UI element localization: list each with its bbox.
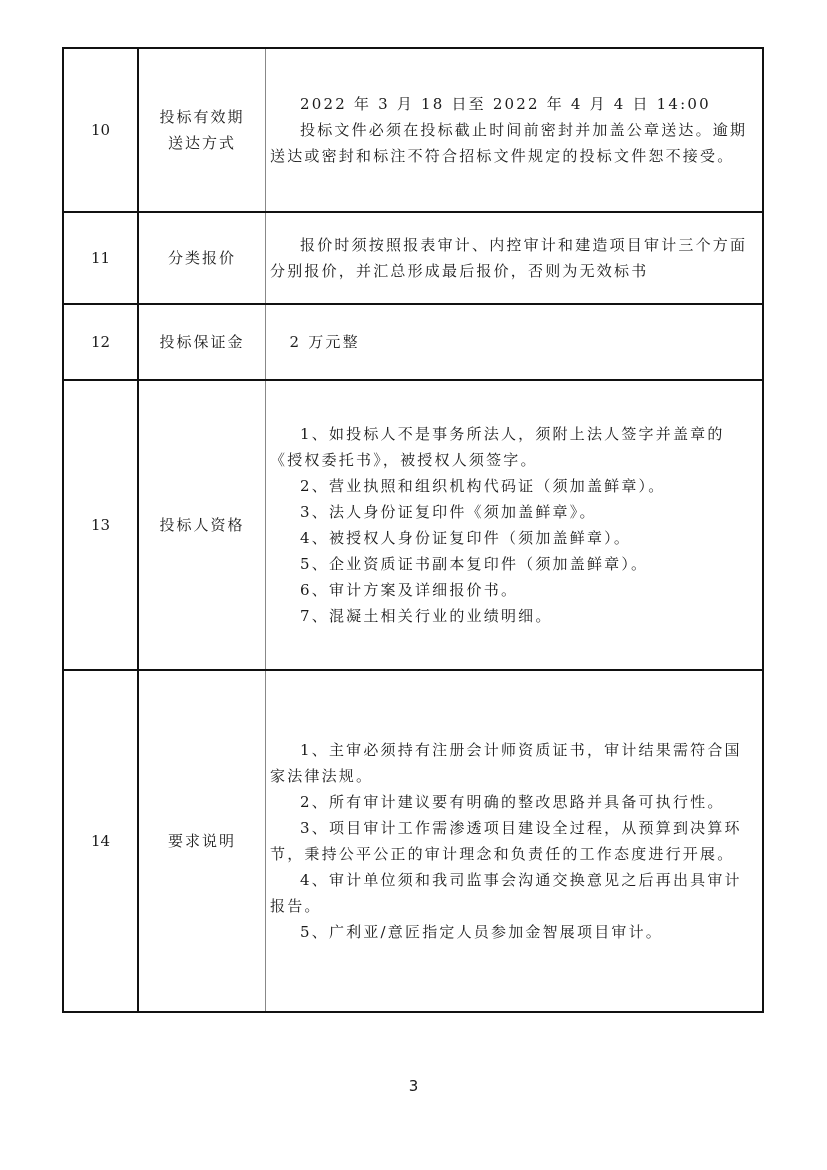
table-row: 14 要求说明 1、主审必须持有注册会计师资质证书，审计结果需符合国家法律法规。… [64,669,762,1011]
content-paragraph: 7、混凝土相关行业的业绩明细。 [270,603,758,629]
content-paragraph: 4、被授权人身份证复印件（须加盖鲜章）。 [270,525,758,551]
content-paragraph: 2、所有审计建议要有明确的整改思路并具备可执行性。 [270,789,758,815]
content-paragraph: 3、项目审计工作需渗透项目建设全过程，从预算到决算环节，秉持公平公正的审计理念和… [270,815,758,867]
content-paragraph: 3、法人身份证复印件《须加盖鲜章》。 [270,499,758,525]
content-paragraph: 4、审计单位须和我司监事会沟通交换意见之后再出具审计报告。 [270,867,758,919]
row-content: 报价时须按照报表审计、内控审计和建造项目审计三个方面分别报价，并汇总形成最后报价… [266,213,762,303]
row-content: 2022 年 3 月 18 日至 2022 年 4 月 4 日 14:00 投标… [266,49,762,211]
row-label: 投标人资格 [139,381,266,669]
table-row: 13 投标人资格 1、如投标人不是事务所法人，须附上法人签字并盖章的《授权委托书… [64,379,762,669]
content-paragraph: 投标文件必须在投标截止时间前密封并加盖公章送达。逾期送达或密封和标注不符合招标文… [270,117,758,169]
row-label-line: 送达方式 [159,130,244,156]
row-number: 12 [64,305,139,379]
content-paragraph: 2 万元整 [270,329,758,355]
row-number: 10 [64,49,139,211]
row-number: 11 [64,213,139,303]
row-label-line: 投标有效期 [159,104,244,130]
content-paragraph: 2022 年 3 月 18 日至 2022 年 4 月 4 日 14:00 [270,91,758,117]
content-paragraph: 5、企业资质证书副本复印件（须加盖鲜章）。 [270,551,758,577]
row-label: 分类报价 [139,213,266,303]
row-label: 投标保证金 [139,305,266,379]
row-number: 14 [64,671,139,1011]
content-paragraph: 2、营业执照和组织机构代码证（须加盖鲜章）。 [270,473,758,499]
table-row: 11 分类报价 报价时须按照报表审计、内控审计和建造项目审计三个方面分别报价，并… [64,211,762,303]
requirements-table: 10 投标有效期 送达方式 2022 年 3 月 18 日至 2022 年 4 … [62,47,764,1013]
content-paragraph: 5、广利亚/意匠指定人员参加金智展项目审计。 [270,919,758,945]
row-content: 1、主审必须持有注册会计师资质证书，审计结果需符合国家法律法规。 2、所有审计建… [266,671,762,1011]
content-paragraph: 1、主审必须持有注册会计师资质证书，审计结果需符合国家法律法规。 [270,737,758,789]
table-row: 10 投标有效期 送达方式 2022 年 3 月 18 日至 2022 年 4 … [64,49,762,211]
row-label: 投标有效期 送达方式 [139,49,266,211]
content-paragraph: 1、如投标人不是事务所法人，须附上法人签字并盖章的《授权委托书》，被授权人须签字… [270,421,758,473]
page-number: 3 [0,1077,827,1095]
row-number: 13 [64,381,139,669]
row-label: 要求说明 [139,671,266,1011]
table-row: 12 投标保证金 2 万元整 [64,303,762,379]
row-content: 2 万元整 [266,305,762,379]
content-paragraph: 6、审计方案及详细报价书。 [270,577,758,603]
content-paragraph: 报价时须按照报表审计、内控审计和建造项目审计三个方面分别报价，并汇总形成最后报价… [270,232,758,284]
row-content: 1、如投标人不是事务所法人，须附上法人签字并盖章的《授权委托书》，被授权人须签字… [266,381,762,669]
